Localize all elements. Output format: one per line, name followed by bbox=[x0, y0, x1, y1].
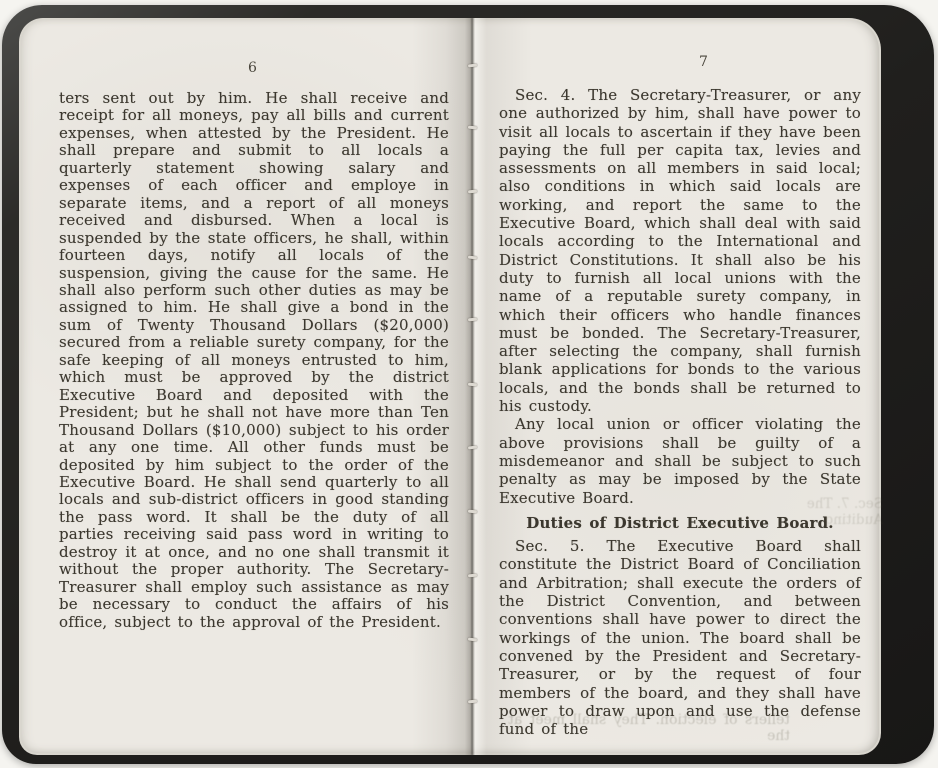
stitch-mark bbox=[468, 510, 477, 513]
stitch-mark bbox=[468, 126, 477, 129]
stitch-mark bbox=[468, 190, 477, 193]
sec-5-paragraph: Sec. 5. The Executive Board shall consti… bbox=[499, 537, 861, 738]
page-number-left: 6 bbox=[59, 60, 447, 76]
stitch-mark bbox=[468, 64, 477, 67]
page-spread: 6 ters sent out by him. He shall receive… bbox=[19, 18, 881, 755]
book-cover: 6 ters sent out by him. He shall receive… bbox=[2, 5, 934, 764]
stitch-mark bbox=[468, 574, 477, 577]
stitch-mark bbox=[468, 318, 477, 321]
page-7-body-text: Sec. 4. The Secretary-Treasurer, or any … bbox=[499, 86, 861, 738]
sec-4-paragraph: Sec. 4. The Secretary-Treasurer, or any … bbox=[499, 86, 861, 415]
stitch-mark bbox=[468, 700, 477, 703]
stitch-mark bbox=[468, 446, 477, 449]
page-number-right: 7 bbox=[499, 54, 859, 70]
page-6-body-text: ters sent out by him. He shall receive a… bbox=[59, 90, 449, 631]
section-heading: Duties of District Executive Board. bbox=[499, 514, 861, 532]
violation-paragraph: Any local union or officer violating the… bbox=[499, 415, 861, 506]
book-scan: 6 ters sent out by him. He shall receive… bbox=[0, 0, 938, 768]
stitch-mark bbox=[468, 383, 477, 386]
stitch-mark bbox=[468, 638, 477, 641]
stitch-mark bbox=[468, 256, 477, 259]
